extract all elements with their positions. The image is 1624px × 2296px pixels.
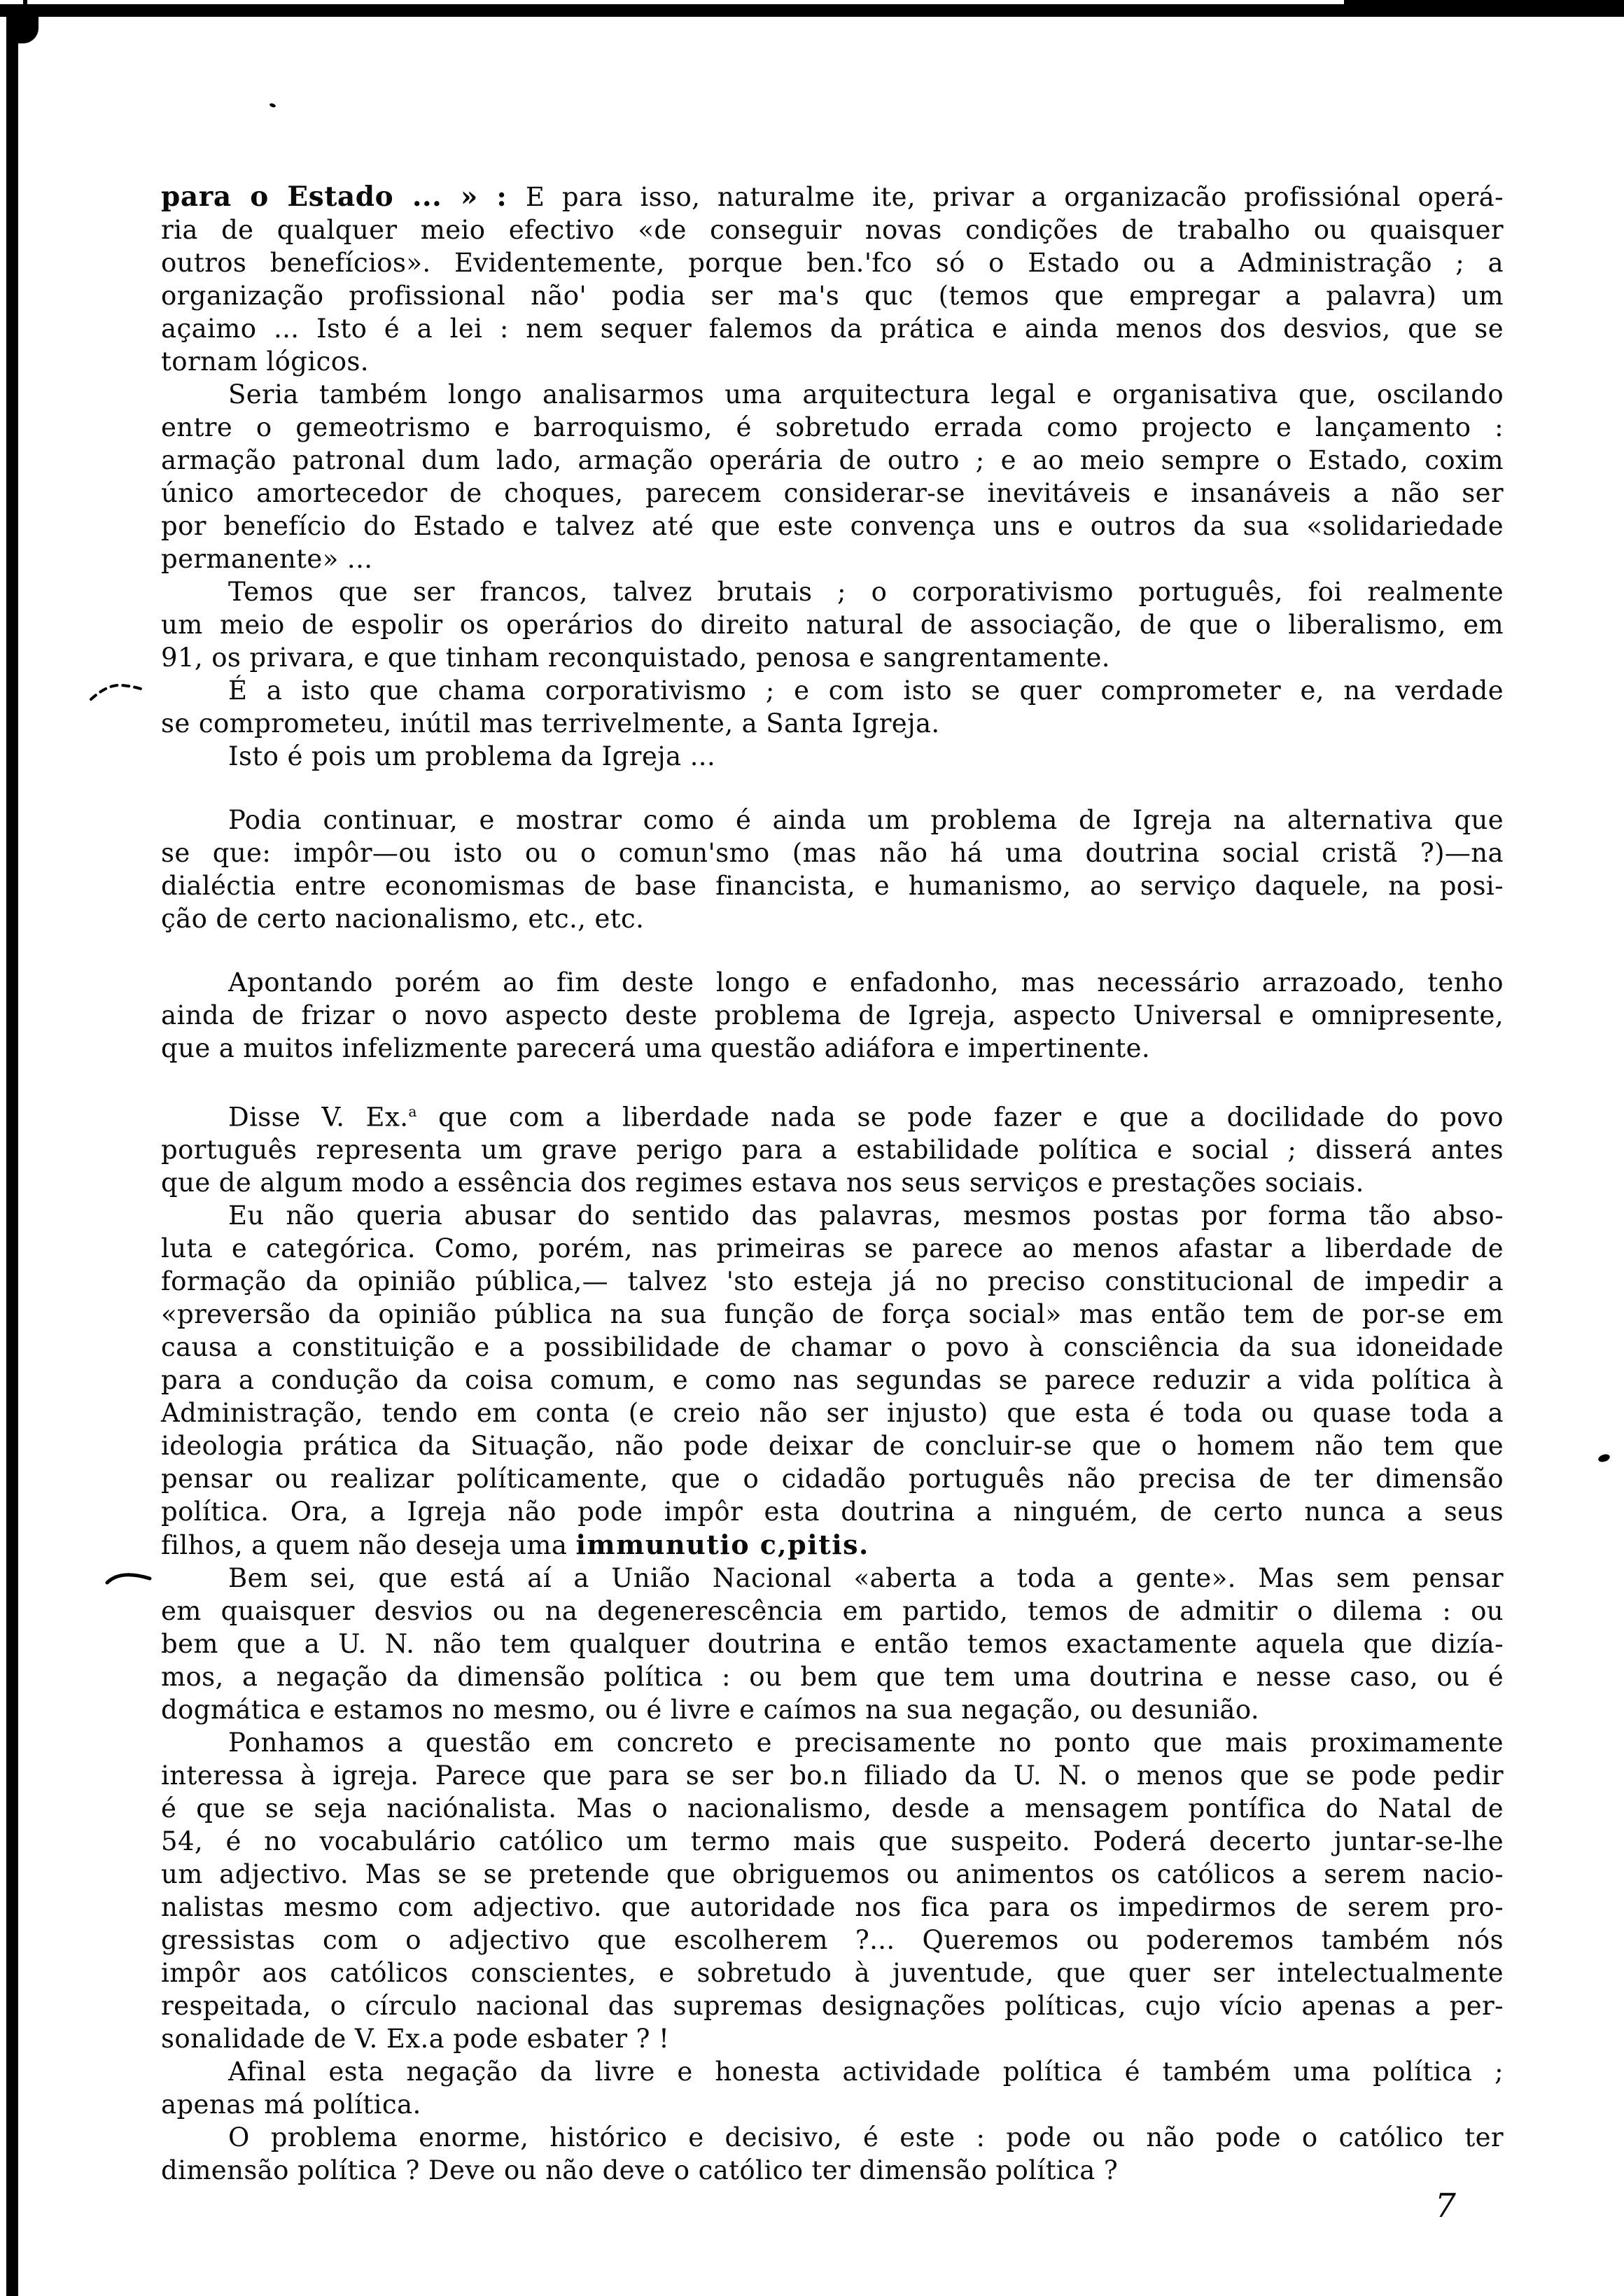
paragraph: Disse V. Ex.a que com a liberdade nada s… [161,1095,1504,1199]
text-segment: Bem sei, que está aí a União Nacional «a… [228,1563,1504,1593]
text-line: 54, é no vocabulário católico um termo m… [161,1825,1504,1858]
text-line: armação patronal dum lado, armação operá… [161,444,1504,477]
text-line: Afinal esta negação da livre e honesta a… [161,2055,1504,2088]
text-segment: armação patronal dum lado, armação operá… [161,445,1504,475]
text-line: ainda de frizar o novo aspecto deste pro… [161,999,1504,1032]
text-segment: luta e categórica. Como, porém, nas prim… [161,1233,1504,1263]
text-segment: Temos que ser francos, talvez brutais ; … [228,577,1504,607]
text-segment: formação da opinião pública,— talvez 'st… [161,1266,1504,1296]
text-line: mos, a negação da dimensão política : ou… [161,1660,1504,1693]
text-line: único amortecedor de choques, parecem co… [161,477,1504,510]
text-line: para a condução da coisa comum, e como n… [161,1364,1504,1396]
text-segment: 54, é no vocabulário católico um termo m… [161,1826,1504,1856]
text-segment: em quaisquer desvios ou na degenerescênc… [161,1596,1504,1626]
text-line: outros benefícios». Evidentemente, porqu… [161,246,1504,279]
text-line: Seria também longo analisarmos uma arqui… [161,378,1504,411]
text-segment: se que: impôr—ou isto ou o comun'smo (ma… [161,838,1504,868]
text-segment: outros benefícios». Evidentemente, porqu… [161,248,1504,278]
text-line: impôr aos católicos conscientes, e sobre… [161,1956,1504,1989]
text-line: Disse V. Ex.a que com a liberdade nada s… [161,1095,1504,1133]
ink-speck [269,103,276,108]
text-line: Bem sei, que está aí a União Nacional «a… [161,1562,1504,1595]
paragraph: Apontando porém ao fim deste longo e enf… [161,966,1504,1065]
text-segment: O problema enorme, histórico e decisivo,… [228,2122,1504,2152]
text-segment: 91, os privara, e que tinham reconquista… [161,643,1110,673]
text-line: luta e categórica. Como, porém, nas prim… [161,1232,1504,1265]
ink-speck [1597,1453,1611,1464]
text-line: Apontando porém ao fim deste longo e enf… [161,966,1504,999]
text-line: Podia continuar, e mostrar como é ainda … [161,804,1504,836]
text-line: Temos que ser francos, talvez brutais ; … [161,575,1504,608]
text-line: que a muitos infelizmente parecerá uma q… [161,1032,1504,1065]
text-segment: ria de qualquer meio efectivo «de conseg… [161,215,1504,245]
text-segment: «preversão da opinião pública na sua fun… [161,1299,1504,1329]
text-line: que de algum modo a essência dos regimes… [161,1166,1504,1199]
scan-edge-top-right [1344,0,1624,17]
text-segment: apenas má política. [161,2089,421,2120]
text-segment: nalistas mesmo com adjectivo. que autori… [161,1892,1504,1922]
text-block: para o Estado ... » : E para isso, natur… [161,181,1504,2187]
text-line: filhos, a quem não deseja uma immunutio … [161,1528,1504,1562]
text-line: ria de qualquer meio efectivo «de conseg… [161,213,1504,246]
text-segment: E para isso, naturalme ite, privar a org… [526,182,1504,212]
text-segment: que de algum modo a essência dos regimes… [161,1168,1364,1198]
text-line: dimensão política ? Deve ou não deve o c… [161,2154,1504,2187]
text-line: ção de certo nacionalismo, etc., etc. [161,902,1504,935]
text-segment: é que se seja naciónalista. Mas o nacion… [161,1793,1504,1823]
text-segment: pensar ou realizar políticamente, que o … [161,1464,1504,1494]
text-segment: dogmática e estamos no mesmo, ou é livre… [161,1695,1259,1725]
paragraph: Afinal esta negação da livre e honesta a… [161,2055,1504,2121]
text-line: causa a constituição e a possibilidade d… [161,1331,1504,1364]
paragraph: O problema enorme, histórico e decisivo,… [161,2121,1504,2187]
paragraph: Temos que ser francos, talvez brutais ; … [161,575,1504,674]
text-segment: por benefício do Estado e talvez até que… [161,511,1504,541]
scanned-document-page: { "page": { "number": "7", "paragraphs":… [0,0,1624,2296]
paragraph: Ponhamos a questão em concreto e precisa… [161,1726,1504,2055]
text-line: ideologia prática da Situação, não pode … [161,1429,1504,1462]
scan-edge-left [6,11,18,2296]
text-segment: Eu não queria abusar do sentido das pala… [228,1200,1504,1231]
text-segment: ideologia prática da Situação, não pode … [161,1431,1504,1461]
text-line: Administração, tendo em conta (e creio n… [161,1396,1504,1429]
text-segment: sonalidade de V. Ex.a pode esbater ? ! [161,2024,669,2054]
text-segment: respeitada, o círculo nacional das supre… [161,1991,1504,2021]
page-number: 7 [1435,2187,1456,2225]
text-segment: para a condução da coisa comum, e como n… [161,1365,1504,1395]
text-segment: Administração, tendo em conta (e creio n… [161,1398,1504,1428]
margin-pencil-mark-arc [105,1568,154,1588]
scan-edge-tick [23,0,27,8]
text-segment: Ponhamos a questão em concreto e precisa… [228,1728,1504,1758]
paragraph: Isto é pois um problema da Igreja ... [161,740,1504,773]
text-line: sonalidade de V. Ex.a pode esbater ? ! [161,2022,1504,2055]
text-segment: É a isto que chama corporativismo ; e co… [228,675,1504,706]
text-segment: filhos, a quem não deseja uma [161,1530,575,1560]
text-line: interessa à igreja. Parece que para se s… [161,1759,1504,1792]
text-segment: um adjectivo. Mas se se pretende que obr… [161,1859,1504,1889]
text-segment: Seria também longo analisarmos uma arqui… [228,379,1504,409]
lead-text: para o Estado ... » : [161,181,526,213]
text-line: Ponhamos a questão em concreto e precisa… [161,1726,1504,1759]
text-segment: mos, a negação da dimensão política : ou… [161,1662,1504,1692]
text-segment: entre o gemeotrismo e barroquismo, é sob… [161,412,1504,442]
text-segment: ção de certo nacionalismo, etc., etc. [161,904,644,934]
paragraph: Seria também longo analisarmos uma arqui… [161,378,1504,575]
text-line: «preversão da opinião pública na sua fun… [161,1298,1504,1331]
text-line: para o Estado ... » : E para isso, natur… [161,181,1504,213]
text-line: nalistas mesmo com adjectivo. que autori… [161,1891,1504,1924]
paragraph: Eu não queria abusar do sentido das pala… [161,1199,1504,1562]
text-segment: bem que a U. N. não tem qualquer doutrin… [161,1629,1504,1659]
text-line: tornam lógicos. [161,345,1504,378]
text-line: um adjectivo. Mas se se pretende que obr… [161,1858,1504,1891]
text-line: em quaisquer desvios ou na degenerescênc… [161,1595,1504,1627]
text-line: gressistas com o adjectivo que escolhere… [161,1924,1504,1956]
text-line: organização profissional não' podia ser … [161,279,1504,312]
text-line: formação da opinião pública,— talvez 'st… [161,1265,1504,1298]
text-segment: português representa um grave perigo par… [161,1135,1504,1165]
text-line: apenas má política. [161,2088,1504,2121]
text-segment: interessa à igreja. Parece que para se s… [161,1760,1504,1791]
text-line: se que: impôr—ou isto ou o comun'smo (ma… [161,836,1504,869]
text-line: 91, os privara, e que tinham reconquista… [161,641,1504,674]
text-line: um meio de espolir os operários do direi… [161,608,1504,641]
text-segment: organização profissional não' podia ser … [161,281,1504,311]
text-segment: que com a liberdade nada se pode fazer e… [417,1102,1504,1132]
text-segment: dimensão política ? Deve ou não deve o c… [161,2155,1118,2185]
text-line: permanente» ... [161,542,1504,575]
text-line: Eu não queria abusar do sentido das pala… [161,1199,1504,1232]
text-segment: causa a constituição e a possibilidade d… [161,1332,1504,1362]
text-line: É a isto que chama corporativismo ; e co… [161,674,1504,707]
text-line: O problema enorme, histórico e decisivo,… [161,2121,1504,2154]
text-segment: único amortecedor de choques, parecem co… [161,478,1504,508]
text-segment: política. Ora, a Igreja não pode impôr e… [161,1497,1504,1527]
text-line: política. Ora, a Igreja não pode impôr e… [161,1495,1504,1528]
text-segment: se comprometeu, inútil mas terrivelmente… [161,708,940,738]
text-segment: um meio de espolir os operários do direi… [161,610,1504,640]
text-line: pensar ou realizar políticamente, que o … [161,1462,1504,1495]
text-segment: Apontando porém ao fim deste longo e enf… [228,967,1504,997]
text-segment: permanente» ... [161,544,372,574]
text-line: português representa um grave perigo par… [161,1133,1504,1166]
text-line: bem que a U. N. não tem qualquer doutrin… [161,1627,1504,1660]
paragraph: É a isto que chama corporativismo ; e co… [161,674,1504,740]
margin-pencil-mark-dashed-arc [88,679,146,704]
text-line: Isto é pois um problema da Igreja ... [161,740,1504,773]
text-segment: Isto é pois um problema da Igreja ... [228,741,715,771]
text-line: dogmática e estamos no mesmo, ou é livre… [161,1693,1504,1726]
scan-edge-corner [6,13,38,43]
text-line: respeitada, o círculo nacional das supre… [161,1989,1504,2022]
paragraph: Bem sei, que está aí a União Nacional «a… [161,1562,1504,1726]
text-line: é que se seja naciónalista. Mas o nacion… [161,1792,1504,1825]
text-segment: Disse V. Ex. [228,1102,408,1132]
emph-text: immunutio c‚pitis. [575,1529,869,1560]
text-line: se comprometeu, inútil mas terrivelmente… [161,707,1504,740]
text-segment: Afinal esta negação da livre e honesta a… [228,2057,1504,2087]
text-segment: açaimo ... Isto é a lei : nem sequer fal… [161,314,1504,344]
text-line: por benefício do Estado e talvez até que… [161,510,1504,542]
text-segment: ainda de frizar o novo aspecto deste pro… [161,1000,1504,1030]
text-segment: impôr aos católicos conscientes, e sobre… [161,1958,1504,1988]
text-line: dialéctia entre economismas de base fina… [161,869,1504,902]
text-segment: que a muitos infelizmente parecerá uma q… [161,1033,1150,1063]
text-line: açaimo ... Isto é a lei : nem sequer fal… [161,312,1504,345]
sup-text: a [408,1103,417,1120]
text-segment: gressistas com o adjectivo que escolhere… [161,1925,1504,1955]
text-segment: Podia continuar, e mostrar como é ainda … [228,805,1504,835]
paragraph: para o Estado ... » : E para isso, natur… [161,181,1504,378]
text-segment: dialéctia entre economismas de base fina… [161,871,1504,901]
text-segment: tornam lógicos. [161,346,369,377]
paragraph: Podia continuar, e mostrar como é ainda … [161,804,1504,935]
text-line: entre o gemeotrismo e barroquismo, é sob… [161,411,1504,444]
